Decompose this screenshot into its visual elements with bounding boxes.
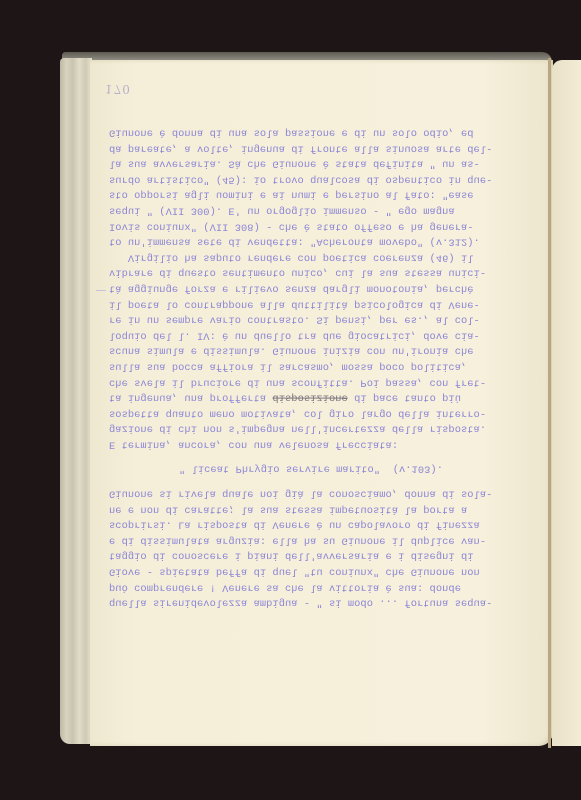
text-line: Virgilio ha saputo rendere con poetica c… [109, 249, 549, 265]
text-line: scoprirsi. La risposta di Venere è un ca… [109, 516, 549, 532]
typewritten-text: Giunone è donna di una sola passione e d… [109, 124, 549, 610]
text-line: che svela il bruciore di una sconfitta. … [109, 374, 549, 390]
text-line: taggio di conoscere i piani dell'avversa… [109, 547, 549, 563]
text-line: tà aggiunge forza e rilievo senza darglì… [109, 280, 549, 296]
text-line: ta ingenua, una profferta disposizione d… [109, 389, 549, 405]
margin-mark [96, 290, 106, 291]
text-line: to un'immensa sete di vendetta: "Acheron… [109, 233, 549, 249]
text-line: E termina, ancora, con una velenosa frec… [109, 436, 549, 452]
text-line: la sua avversaria. Sà che Giunone è stat… [109, 155, 549, 171]
text-line: scuna simula e dissimula. Giunone inizia… [109, 342, 549, 358]
text-line: può comprendere ! Venere sa che la vitto… [109, 579, 549, 595]
facing-page-edge [552, 60, 581, 746]
text-line: gazione di chi non s'impegna nell'incert… [109, 420, 549, 436]
text-line: sequi " (VII 300). E' un orgoglio immens… [109, 202, 549, 218]
text-line: surdo artistico" (45): io trovo qualcosa… [109, 171, 549, 187]
text-line: Giunone si rivela quale noi già la conos… [109, 485, 549, 501]
text-line: sospetta quanto meno motivata, col giro … [109, 405, 549, 421]
book-page-stack [60, 58, 92, 744]
paragraph-gap [109, 476, 549, 485]
text-line: il poeta lo contrappone alla duttilità p… [109, 296, 549, 312]
struck-word: disposizione [272, 392, 347, 404]
text-line: re in un sempre vario contrasto. Si pens… [109, 311, 549, 327]
text-line: e di dissimulata arguzia: ella ha su Giu… [109, 532, 549, 548]
page-number: 170 [105, 82, 131, 96]
text-line: Giunone è donna di una sola passione e d… [109, 124, 549, 140]
text-line: quella sirenidevolezza ambigua - " si mo… [109, 594, 549, 610]
text-line: da pareate, a volte, ingenua di fronte a… [109, 140, 549, 156]
text-line: ne e non di caratte; la sua stessa impet… [109, 501, 549, 517]
text-line: Iovis coniunx" (VII 308) - che è stato o… [109, 218, 549, 234]
text-line: loquio del l. IV: è un duello tra due gi… [109, 327, 549, 343]
text-line: Giove - spietata beffa di quel "tu coniu… [109, 563, 549, 579]
text-line: sto opporsi agli uomini e ai numi e pers… [109, 186, 549, 202]
text-line: sulla sua bocca affiora il sarcasmo, mos… [109, 358, 549, 374]
text-line: vibrare di questo sentimento unico, cui … [109, 264, 549, 280]
text-line: " liceat Phrygio servire marito" (v.103)… [109, 460, 549, 476]
